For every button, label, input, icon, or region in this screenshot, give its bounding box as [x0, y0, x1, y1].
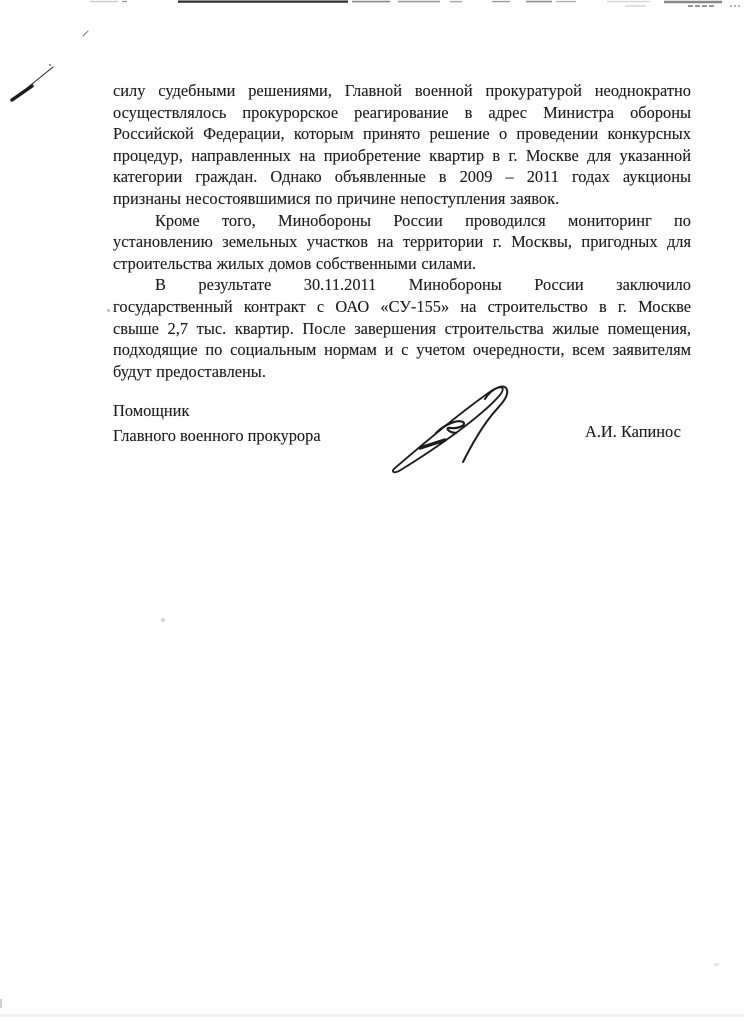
text-line: категории граждан. Однако объявленные в … [113, 166, 691, 188]
pen-stroke-mark [2, 56, 62, 106]
text-line: строительства жилых домов собственными с… [113, 253, 691, 275]
text-line: государственный контракт с ОАО «СУ-155» … [113, 296, 691, 318]
text-line: процедур, направленных на приобретение к… [113, 145, 691, 167]
scan-speck [161, 618, 165, 622]
document-body: силу судебными решениями, Главной военно… [113, 80, 691, 382]
text-line: В результате 30.11.2011 Минобороны Росси… [113, 274, 691, 296]
scan-speck [714, 963, 719, 966]
signature-role: Помощник Главного военного прокурора [113, 399, 403, 448]
scan-speck [107, 309, 110, 312]
handwritten-signature-icon [388, 376, 533, 476]
text-line: Кроме того, Минобороны России проводился… [113, 210, 691, 232]
text-line: подходящие по социальным нормам и с учет… [113, 339, 691, 361]
scan-edge-artifact [0, 0, 744, 10]
signatory-name: А.И. Капинос [585, 422, 735, 442]
text-line: признаны несостоявшимися по причине непо… [113, 188, 691, 210]
signature-role-line1: Помощник [113, 399, 403, 424]
scanned-document-page: силу судебными решениями, Главной военно… [0, 0, 744, 1023]
text-line: установлению земельных участков на терри… [113, 231, 691, 253]
text-line: Российской Федерации, которым принято ре… [113, 123, 691, 145]
text-line: осуществлялось прокурорское реагирование… [113, 102, 691, 124]
text-line: свыше 2,7 тыс. квартир. После завершения… [113, 318, 691, 340]
signature-role-line2: Главного военного прокурора [113, 424, 403, 449]
scan-bottom-band [0, 1014, 744, 1017]
tick-mark [81, 29, 90, 38]
text-line: силу судебными решениями, Главной военно… [113, 80, 691, 102]
scan-edge-sliver [0, 999, 2, 1008]
